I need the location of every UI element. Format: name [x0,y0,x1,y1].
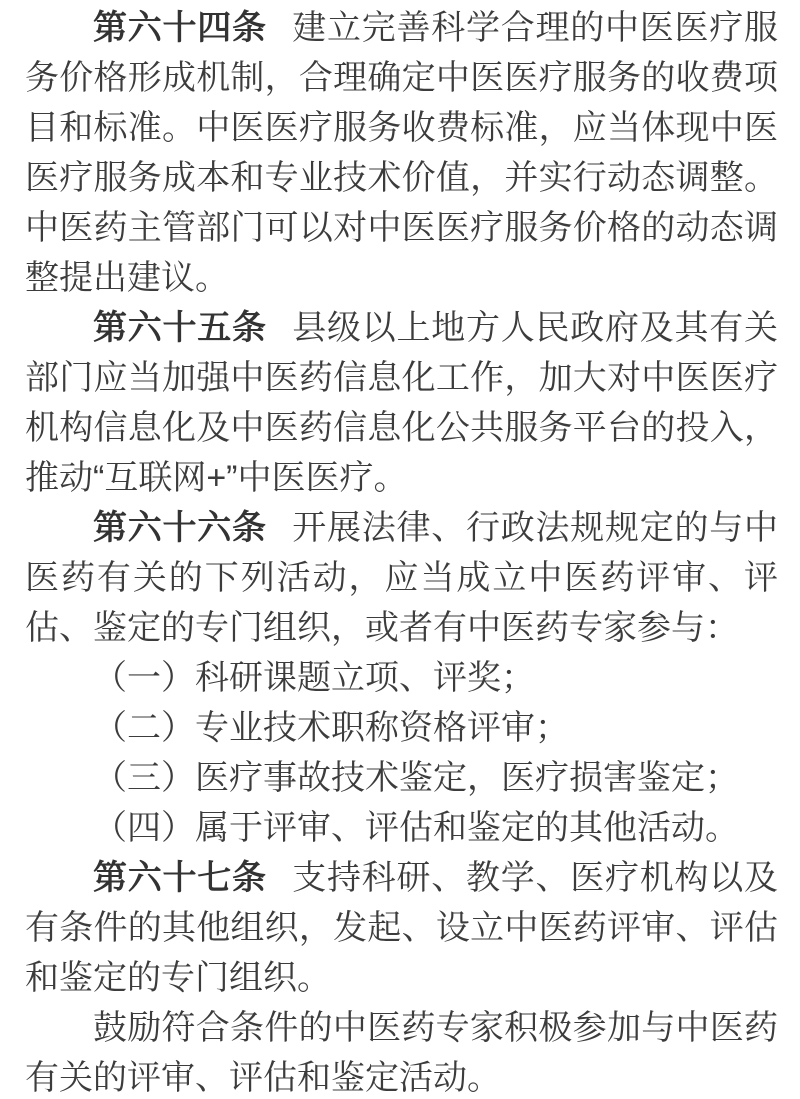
article-66-item-4: （四）属于评审、评估和鉴定的其他活动。 [25,803,778,853]
article-67-number: 第六十七条 [93,859,267,897]
article-67-paragraph: 第六十七条支持科研、教学、医疗机构以及有条件的其他组织，发起、设立中医药评审、评… [25,853,778,1003]
article-66-item-2: （二）专业技术职称资格评审； [25,703,778,753]
article-66-paragraph: 第六十六条开展法律、行政法规规定的与中医药有关的下列活动，应当成立中医药评审、评… [25,503,778,653]
article-66-number: 第六十六条 [93,509,267,547]
document-page: 第六十四条建立完善科学合理的中医医疗服务价格形成机制，合理确定中医医疗服务的收费… [0,0,800,1099]
article-65-number: 第六十五条 [93,309,267,347]
article-66-item-1: （一）科研课题立项、评奖； [25,653,778,703]
article-64-paragraph: 第六十四条建立完善科学合理的中医医疗服务价格形成机制，合理确定中医医疗服务的收费… [25,3,778,303]
article-66-item-2-text: （二）专业技术职称资格评审； [93,709,569,747]
article-67-paragraph-2-text: 鼓励符合条件的中医药专家积极参加与中医药有关的评审、评估和鉴定活动。 [25,1009,778,1097]
article-65-paragraph: 第六十五条县级以上地方人民政府及其有关部门应当加强中医药信息化工作，加大对中医医… [25,303,778,503]
article-66-item-3-text: （三）医疗事故技术鉴定，医疗损害鉴定； [93,759,739,797]
article-66-item-1-text: （一）科研课题立项、评奖； [93,659,535,697]
article-64-number: 第六十四条 [93,9,267,47]
article-67-paragraph-2: 鼓励符合条件的中医药专家积极参加与中医药有关的评审、评估和鉴定活动。 [25,1003,778,1099]
article-64-text: 建立完善科学合理的中医医疗服务价格形成机制，合理确定中医医疗服务的收费项目和标准… [25,9,778,297]
article-66-item-3: （三）医疗事故技术鉴定，医疗损害鉴定； [25,753,778,803]
article-66-item-4-text: （四）属于评审、评估和鉴定的其他活动。 [93,809,739,847]
